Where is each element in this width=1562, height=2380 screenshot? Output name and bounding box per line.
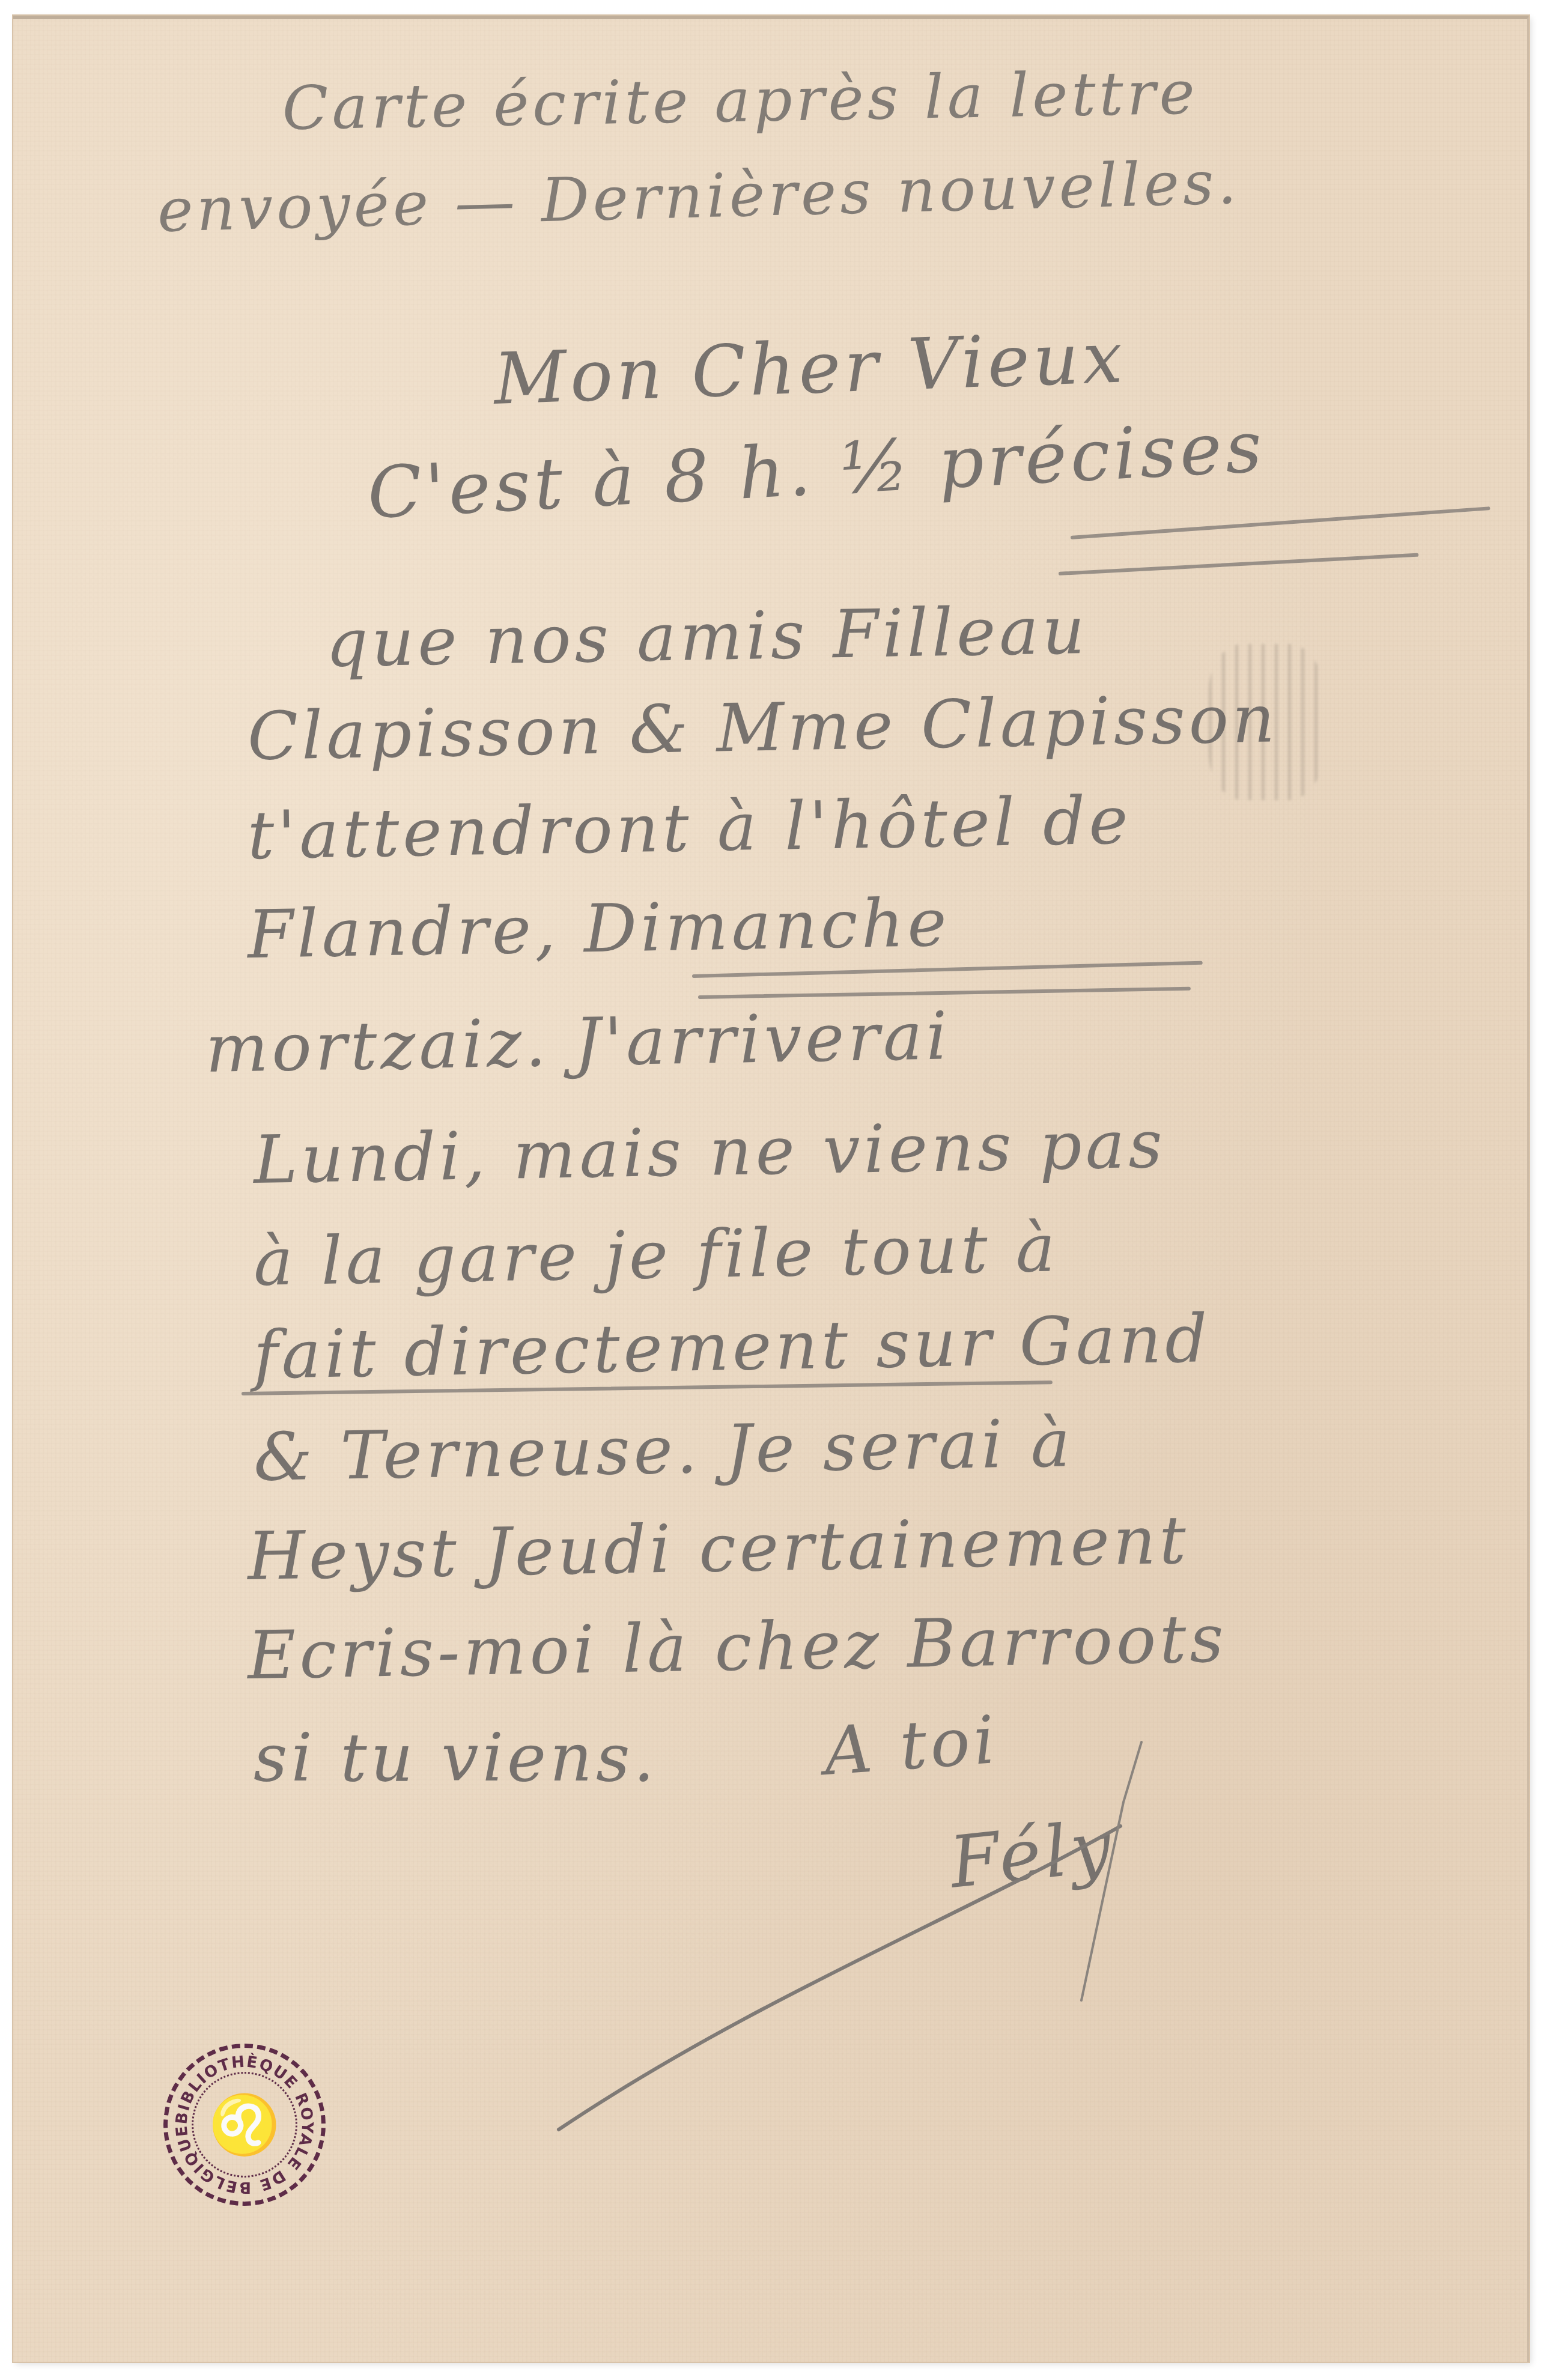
body-line-7: Lundi, mais ne viens pas — [253, 1106, 1167, 1198]
body-line-4: t'attendront à l'hôtel de — [247, 782, 1132, 874]
body-line-12: Ecris-moi là chez Barroots — [247, 1600, 1228, 1694]
body-line-1: C'est à 8 h. ½ précises — [365, 405, 1267, 535]
body-line-13: si tu viens. — [254, 1719, 658, 1796]
library-stamp: BIBLIOTHÈQUE ROYALE DE BELGIQUE ♌ — [163, 2044, 326, 2206]
underline-precises-1 — [1071, 506, 1491, 539]
body-line-2: que nos amis Filleau — [325, 592, 1089, 682]
body-line-6: mortzaiz. J'arriverai — [205, 997, 952, 1087]
graphite-smudge — [1209, 644, 1323, 800]
header-note-line-2: envoyée — Dernières nouvelles. — [156, 147, 1241, 246]
header-note-line-1: Carte écrite après la lettre — [282, 57, 1199, 144]
closing: A toi — [822, 1701, 1001, 1790]
body-line-11: Heyst Jeudi certainement — [247, 1502, 1190, 1595]
body-line-10: & Terneuse. Je serai à — [253, 1404, 1074, 1496]
signature: Fély — [946, 1805, 1119, 1904]
body-line-5: Flandre, Dimanche — [247, 884, 951, 973]
body-line-3: Clapisson & Mme Clapisson — [247, 680, 1279, 775]
salutation: Mon Cher Vieux — [493, 315, 1128, 420]
lion-icon: ♌ — [208, 2096, 281, 2154]
underline-precises-2 — [1059, 553, 1418, 575]
letter-card: Carte écrite après la lettre envoyée — D… — [13, 16, 1529, 2362]
body-line-9: fait directement sur Gand — [253, 1300, 1212, 1394]
body-line-8: à la gare je file tout à — [253, 1210, 1059, 1301]
